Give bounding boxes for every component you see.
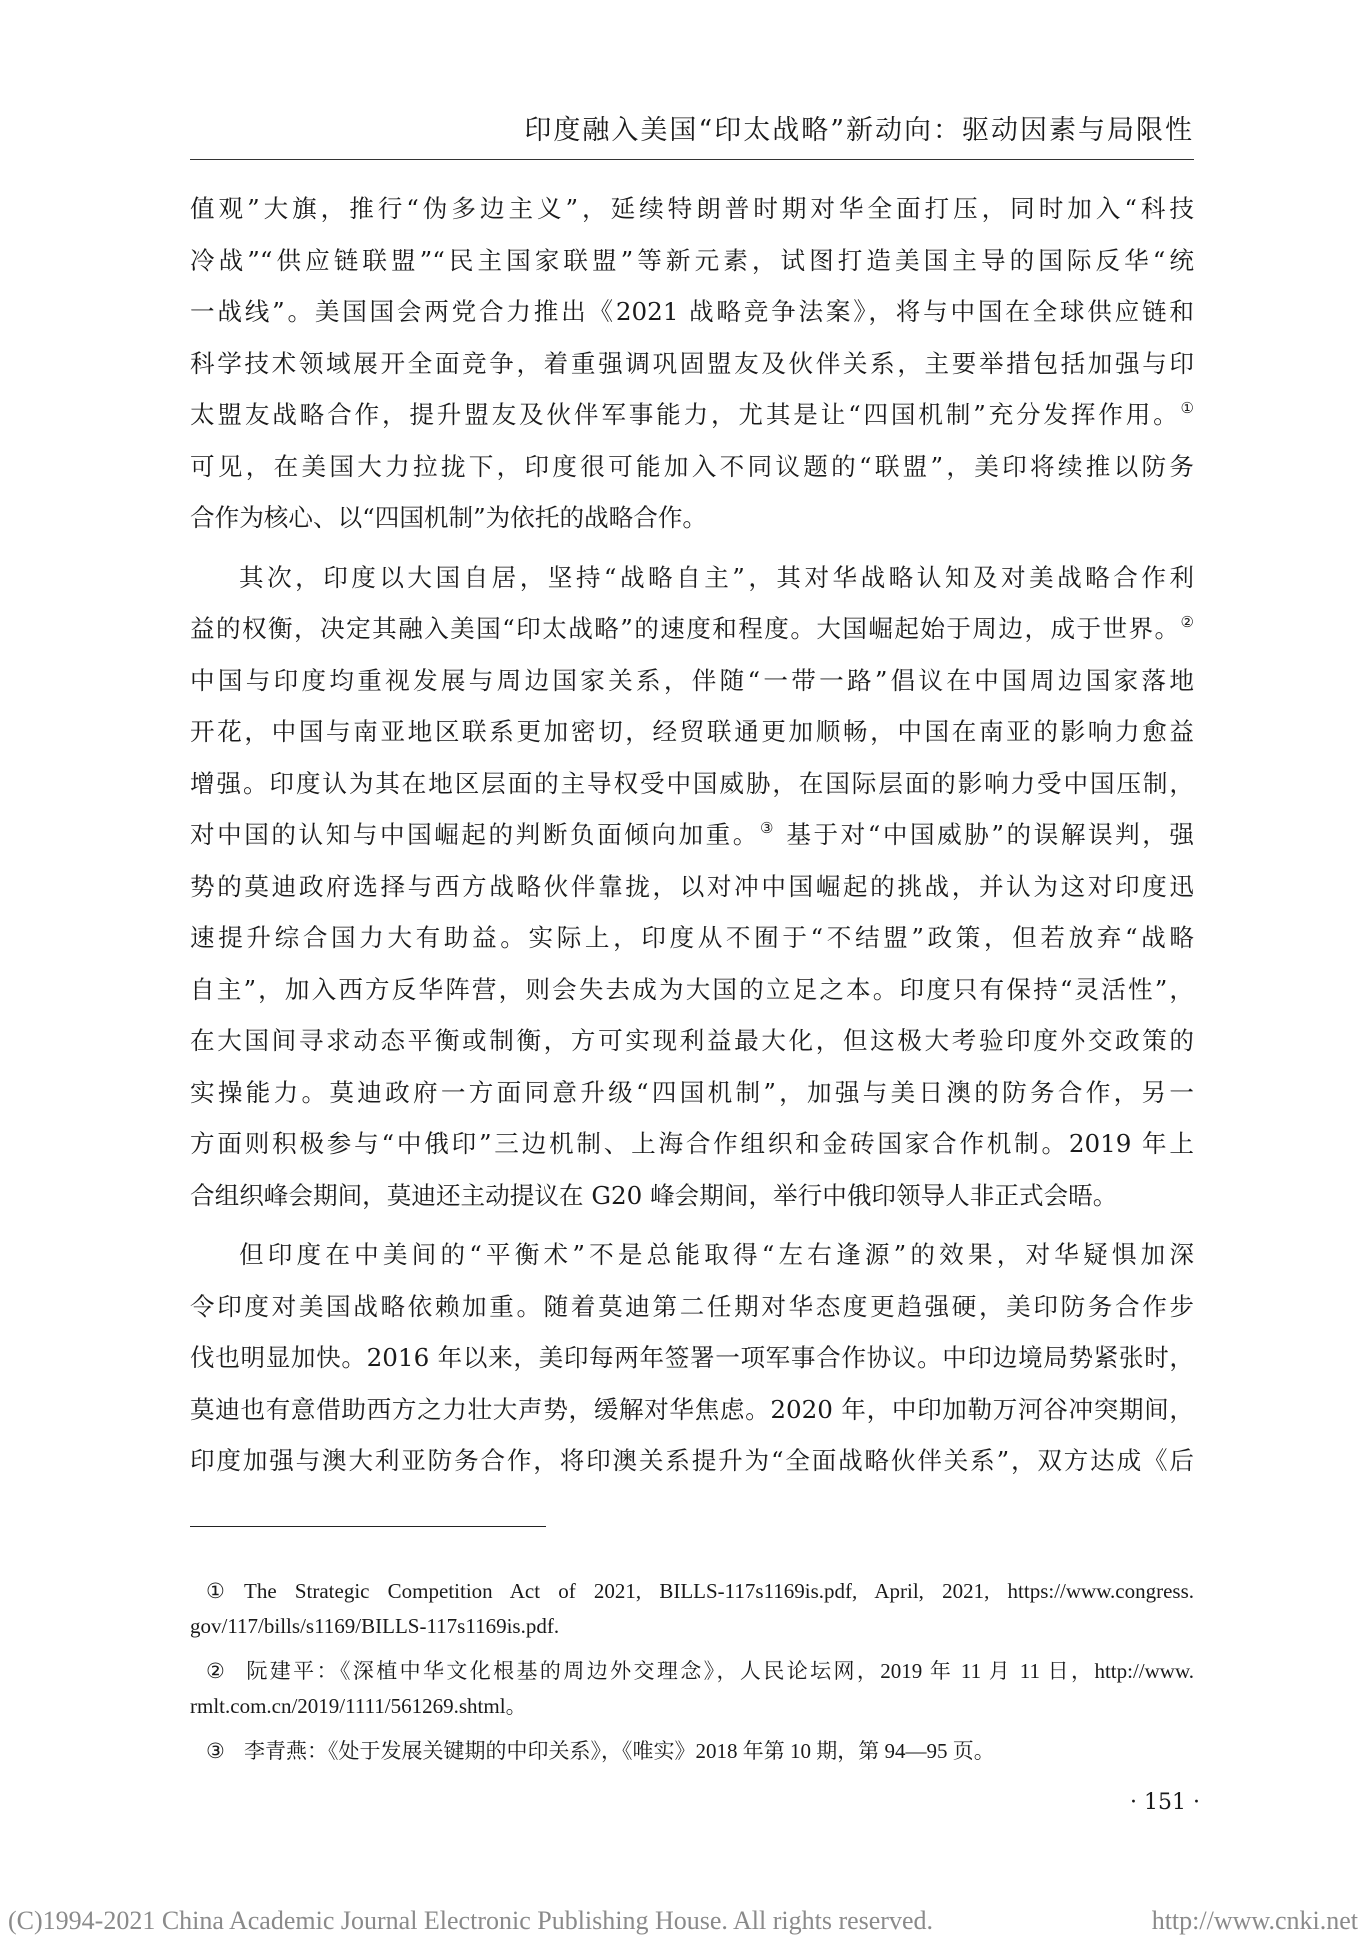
body-line: 方面则积极参与“中俄印”三边机制、上海合作组织和金砖国家合作机制。2019 年上 (190, 1118, 1194, 1170)
running-title: 印度融入美国“印太战略”新动向：驱动因素与局限性 (190, 108, 1194, 147)
footnote-line: ②阮建平：《深植中华文化根基的周边外交理念》，人民论坛网，2019 年 11 月… (190, 1654, 1194, 1689)
footnote-3: ③李青燕：《处于发展关键期的中印关系》，《唯实》2018 年第 10 期，第 9… (190, 1734, 1194, 1769)
body-line-text: 基于对“中国威胁”的误解误判，强 (786, 820, 1194, 849)
footnote-ref-3[interactable]: ③ (760, 819, 776, 837)
body-line: 一战线”。美国国会两党合力推出《2021 战略竞争法案》，将与中国在全球供应链和 (190, 286, 1194, 338)
body-line: 合组织峰会期间，莫迪还主动提议在 G20 峰会期间，举行中俄印领导人非正式会晤。 (190, 1170, 1194, 1222)
body-line: 益的权衡，决定其融入美国“印太战略”的速度和程度。大国崛起始于周边，成于世界。② (190, 603, 1194, 655)
footnote-mark: ② (190, 1654, 244, 1689)
footnote-2: ②阮建平：《深植中华文化根基的周边外交理念》，人民论坛网，2019 年 11 月… (190, 1654, 1194, 1724)
body-line: 科学技术领域展开全面竞争，着重强调巩固盟友及伙伴关系，主要举措包括加强与印 (190, 338, 1194, 390)
body-line: 合作为核心、以“四国机制”为依托的战略合作。 (190, 492, 1194, 544)
body-line: 莫迪也有意借助西方之力壮大声势，缓解对华焦虑。2020 年，中印加勒万河谷冲突期… (190, 1384, 1194, 1436)
body-line: 在大国间寻求动态平衡或制衡，方可实现利益最大化，但这极大考验印度外交政策的 (190, 1015, 1194, 1067)
journal-page: 印度融入美国“印太战略”新动向：驱动因素与局限性 值观”大旗，推行“伪多边主义”… (0, 0, 1362, 1953)
body-line: 势的莫迪政府选择与西方战略伙伴靠拢，以对冲中国崛起的挑战，并认为这对印度迅 (190, 861, 1194, 913)
copyright-footer: (C)1994-2021 China Academic Journal Elec… (8, 1906, 1358, 1936)
footnote-ref-2[interactable]: ② (1181, 613, 1194, 631)
body-line: 实操能力。莫迪政府一方面同意升级“四国机制”，加强与美日澳的防务合作，另一 (190, 1067, 1194, 1119)
body-line: 太盟友战略合作，提升盟友及伙伴军事能力，尤其是让“四国机制”充分发挥作用。① (190, 389, 1194, 441)
footnotes: ①The Strategic Competition Act of 2021, … (190, 1574, 1194, 1779)
paragraph-gap (190, 544, 1194, 552)
body-line-text: 对中国的认知与中国崛起的判断负面倾向加重。 (190, 820, 760, 849)
footnote-1: ①The Strategic Competition Act of 2021, … (190, 1574, 1194, 1644)
body-line: 可见，在美国大力拉拢下，印度很可能加入不同议题的“联盟”，美印将续推以防务 (190, 441, 1194, 493)
footnote-text[interactable]: 阮建平：《深植中华文化根基的周边外交理念》，人民论坛网，2019 年 11 月 … (244, 1659, 1194, 1683)
page-number: · 151 · (1110, 1790, 1200, 1815)
body-line: 伐也明显加快。2016 年以来，美印每两年签署一项军事合作协议。中印边境局势紧张… (190, 1332, 1194, 1384)
body-text: 值观”大旗，推行“伪多边主义”，延续特朗普时期对华全面打压，同时加入“科技 冷战… (190, 183, 1194, 1487)
body-line: 增强。印度认为其在地区层面的主导权受中国威胁，在国际层面的影响力受中国压制， (190, 758, 1194, 810)
body-line: 但印度在中美间的“平衡术”不是总能取得“左右逢源”的效果，对华疑惧加深 (190, 1229, 1194, 1281)
paragraph-gap (190, 1221, 1194, 1229)
footnote-rule (190, 1526, 546, 1527)
copyright-url[interactable]: http://www.cnki.net (1152, 1906, 1358, 1936)
body-line: 令印度对美国战略依赖加重。随着莫迪第二任期对华态度更趋强硬，美印防务合作步 (190, 1281, 1194, 1333)
body-line: 开花，中国与南亚地区联系更加密切，经贸联通更加顺畅，中国在南亚的影响力愈益 (190, 706, 1194, 758)
body-line: 其次，印度以大国自居，坚持“战略自主”，其对华战略认知及对美战略合作利 (190, 552, 1194, 604)
footnote-mark: ③ (190, 1734, 244, 1769)
body-line: 速提升综合国力大有助益。实际上，印度从不囿于“不结盟”政策，但若放弃“战略 (190, 912, 1194, 964)
footnote-mark: ① (190, 1574, 244, 1609)
body-line: 自主”，加入西方反华阵营，则会失去成为大国的立足之本。印度只有保持“灵活性”， (190, 964, 1194, 1016)
body-line: 对中国的认知与中国崛起的判断负面倾向加重。③ 基于对“中国威胁”的误解误判，强 (190, 809, 1194, 861)
footnote-text: 李青燕：《处于发展关键期的中印关系》，《唯实》2018 年第 10 期，第 94… (244, 1739, 995, 1763)
body-line: 中国与印度均重视发展与周边国家关系，伴随“一带一路”倡议在中国周边国家落地 (190, 655, 1194, 707)
body-line: 冷战”“供应链联盟”“民主国家联盟”等新元素，试图打造美国主导的国际反华“统 (190, 235, 1194, 287)
footnote-line[interactable]: gov/117/bills/s1169/BILLS-117s1169is.pdf… (190, 1609, 1194, 1644)
footnote-text[interactable]: The Strategic Competition Act of 2021, B… (244, 1579, 1194, 1603)
header-rule (190, 159, 1194, 160)
footnote-line: ①The Strategic Competition Act of 2021, … (190, 1574, 1194, 1609)
body-line: 值观”大旗，推行“伪多边主义”，延续特朗普时期对华全面打压，同时加入“科技 (190, 183, 1194, 235)
body-line-text: 太盟友战略合作，提升盟友及伙伴军事能力，尤其是让“四国机制”充分发挥作用。 (190, 400, 1181, 429)
copyright-text: (C)1994-2021 China Academic Journal Elec… (8, 1906, 933, 1935)
footnote-line: ③李青燕：《处于发展关键期的中印关系》，《唯实》2018 年第 10 期，第 9… (190, 1734, 1194, 1769)
body-line-text: 益的权衡，决定其融入美国“印太战略”的速度和程度。大国崛起始于周边，成于世界。 (190, 614, 1181, 643)
footnote-line[interactable]: rmlt.com.cn/2019/1111/561269.shtml。 (190, 1689, 1194, 1724)
footnote-ref-1[interactable]: ① (1181, 399, 1194, 417)
body-line: 印度加强与澳大利亚防务合作，将印澳关系提升为“全面战略伙伴关系”，双方达成《后 (190, 1435, 1194, 1487)
